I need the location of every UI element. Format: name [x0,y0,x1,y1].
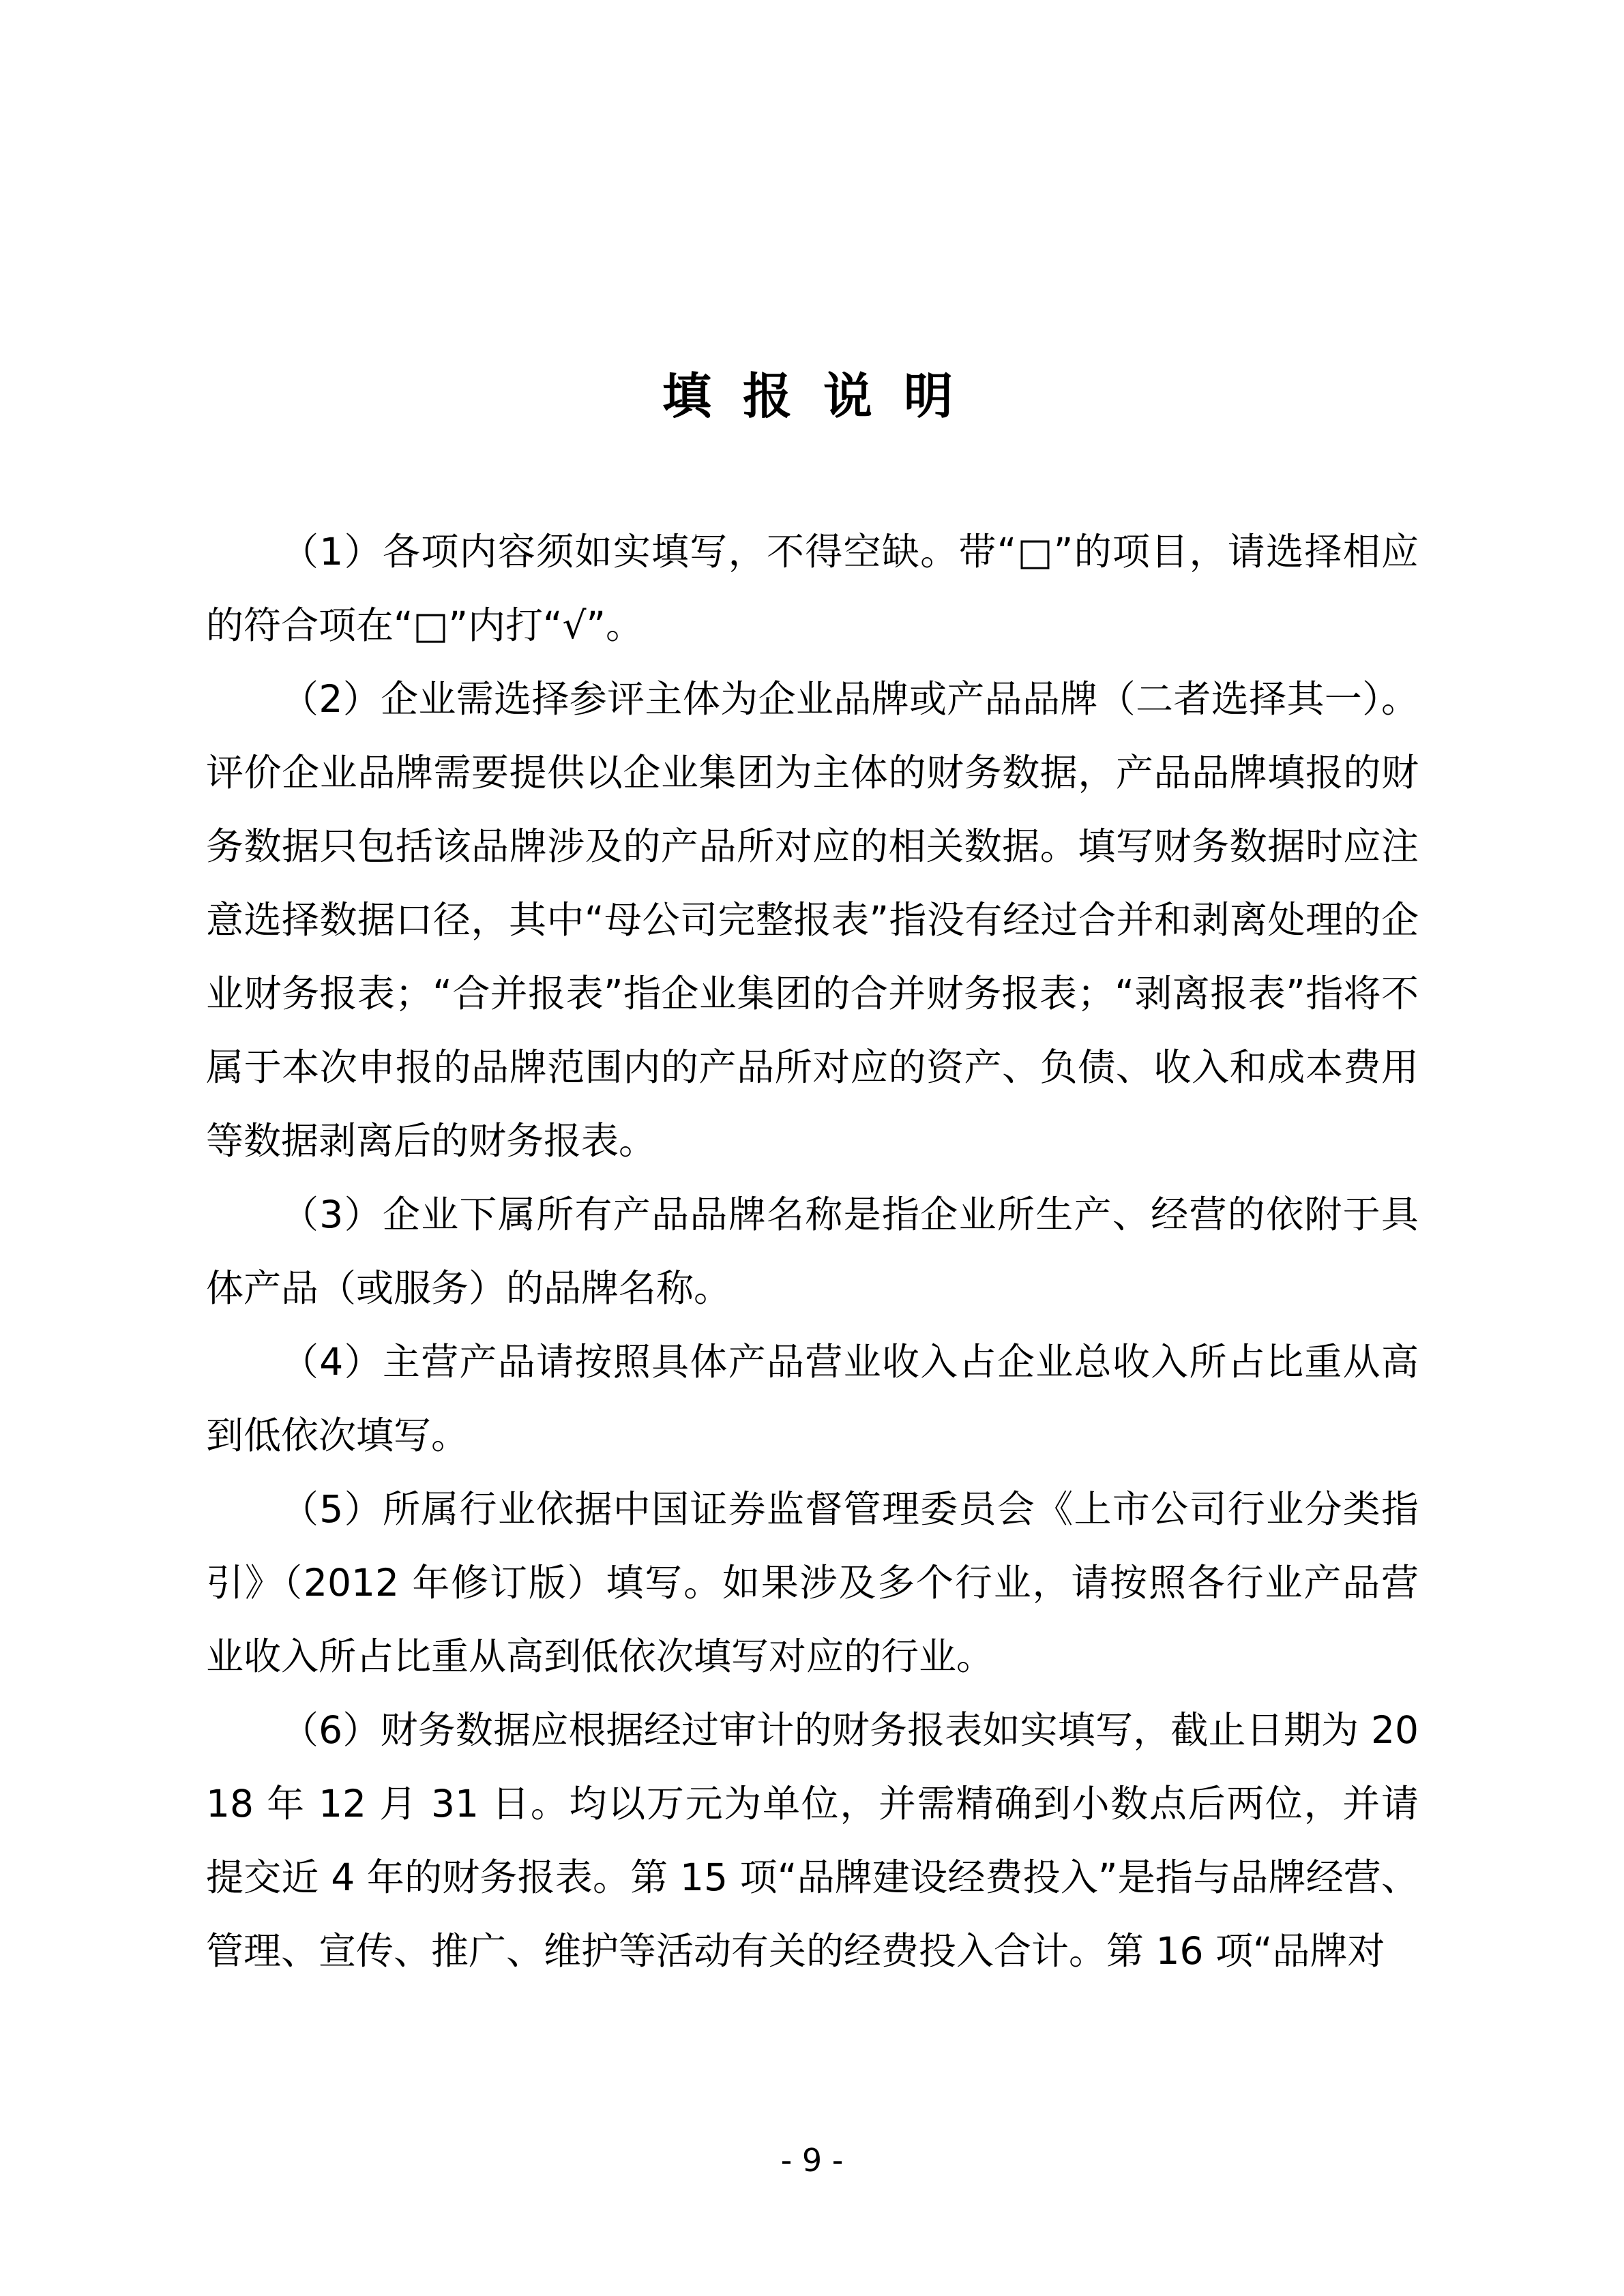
paragraph-4: （4）主营产品请按照具体产品营业收入占企业总收入所占比重从高到低依次填写。 [206,1325,1419,1472]
paragraph-2: （2）企业需选择参评主体为企业品牌或产品品牌（二者选择其一）。评价企业品牌需要提… [206,662,1419,1178]
paragraph-1: （1）各项内容须如实填写，不得空缺。带“□”的项目，请选择相应的符合项在“□”内… [206,515,1419,662]
document-page: 填 报 说 明 （1）各项内容须如实填写，不得空缺。带“□”的项目，请选择相应的… [0,0,1624,2296]
paragraph-3: （3）企业下属所有产品品牌名称是指企业所生产、经营的依附于具体产品（或服务）的品… [206,1178,1419,1325]
page-body: 填 报 说 明 （1）各项内容须如实填写，不得空缺。带“□”的项目，请选择相应的… [206,0,1419,1988]
page-title: 填 报 说 明 [206,365,1419,429]
page-number: - 9 - [0,2140,1624,2181]
paragraph-6: （6）财务数据应根据经过审计的财务报表如实填写，截止日期为 2018 年 12 … [206,1693,1419,1988]
paragraph-5: （5）所属行业依据中国证券监督管理委员会《上市公司行业分类指引》（2012 年修… [206,1472,1419,1693]
